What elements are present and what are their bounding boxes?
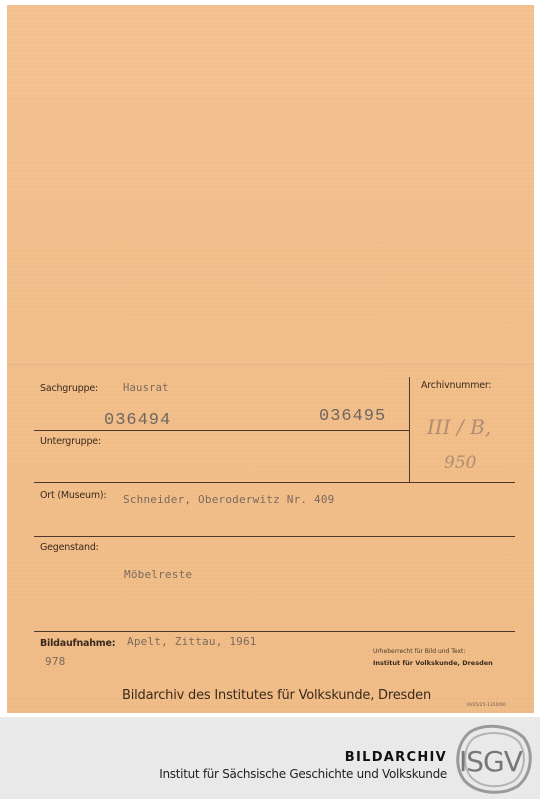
divider-untergruppe: [34, 482, 515, 483]
ort-label: Ort (Museum):: [40, 490, 106, 501]
untergruppe-label: Untergruppe:: [40, 436, 101, 447]
archivnummer-handwritten-1: III / B,: [427, 415, 491, 439]
copyright-line-1: Urheberrecht für Bild und Text:: [373, 648, 465, 655]
svg-text:ISGV: ISGV: [459, 745, 523, 778]
banner-subtitle: Institut für Sächsische Geschichte und V…: [159, 767, 447, 781]
ort-value: Schneider, Oberoderwitz Nr. 409: [123, 493, 335, 506]
divider-sachgruppe: [34, 430, 409, 431]
sachgruppe-label: Sachgruppe:: [40, 383, 98, 394]
card-footer-title: Bildarchiv des Institutes für Volkskunde…: [122, 688, 431, 703]
copyright-line-2: Institut für Volkskunde, Dresden: [373, 659, 493, 667]
bildaufnahme-value: Apelt, Zittau, 1961: [127, 635, 257, 648]
card-fold: [7, 362, 534, 365]
archive-card: Sachgruppe: Hausrat 036494 036495 Unterg…: [7, 5, 534, 713]
print-code: III/25/25-1310/60: [467, 703, 506, 708]
isgv-logo-icon: ISGV: [456, 724, 532, 794]
divider-gegenstand: [34, 631, 515, 632]
divider-ort: [34, 536, 515, 537]
archivnummer-divider: [409, 377, 410, 482]
banner-title: BILDARCHIV: [345, 750, 447, 765]
archivnummer-label: Archivnummer:: [421, 380, 491, 391]
bildaufnahme-number: 978: [45, 655, 65, 668]
sachgruppe-value: Hausrat: [123, 382, 169, 394]
bildaufnahme-label: Bildaufnahme:: [40, 638, 115, 649]
photo-number-1: 036494: [104, 411, 171, 430]
gegenstand-label: Gegenstand:: [40, 542, 99, 553]
gegenstand-value: Möbelreste: [124, 568, 192, 581]
photo-number-2: 036495: [319, 407, 386, 426]
archivnummer-handwritten-2: 950: [444, 453, 476, 473]
